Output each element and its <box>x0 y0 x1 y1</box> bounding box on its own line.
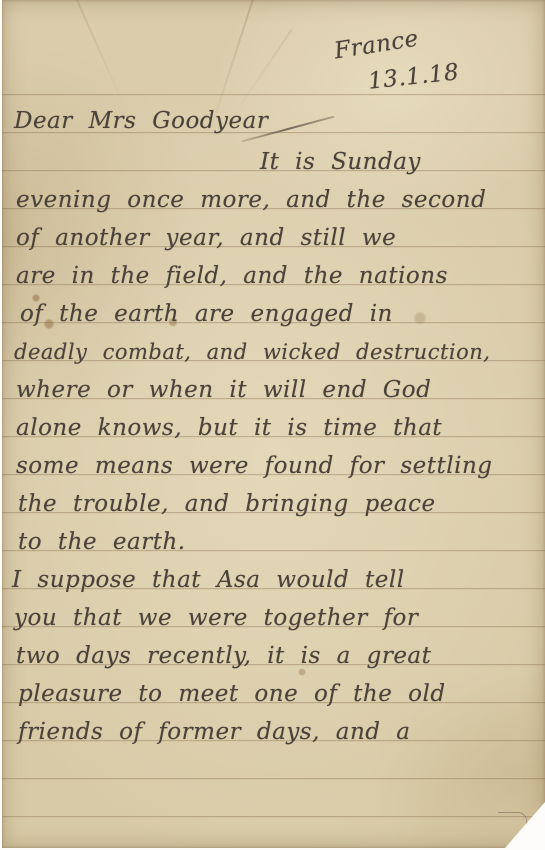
letter-line: where or when it will end God <box>16 373 431 407</box>
letter-line: you that we were together for <box>14 601 418 635</box>
letter-line: some means were found for settling <box>16 449 493 483</box>
salutation: Dear Mrs Goodyear <box>14 104 268 138</box>
pencil-mark <box>498 812 527 833</box>
letter-line: the trouble, and bringing peace <box>18 487 436 521</box>
letter-line: friends of former days, and a <box>18 715 411 749</box>
scanned-letter: France 13.1.18 Dear Mrs Goodyear It is S… <box>0 0 545 850</box>
heading-date: 13.1.18 <box>366 55 460 98</box>
letter-line: I suppose that Asa would tell <box>12 563 405 597</box>
letter-line: to the earth. <box>18 525 186 559</box>
letter-line: alone knows, but it is time that <box>16 411 442 445</box>
letter-line: are in the field, and the nations <box>16 259 448 293</box>
letter-line: pleasure to meet one of the old <box>18 677 446 711</box>
letter-line: It is Sunday <box>260 145 421 179</box>
paper-crease <box>76 0 127 109</box>
letter-line: of another year, and still we <box>16 221 396 255</box>
letter-paper: France 13.1.18 Dear Mrs Goodyear It is S… <box>2 0 545 848</box>
letter-line: deadly combat, and wicked destruction, <box>14 335 490 369</box>
letter-line: evening once more, and the second <box>16 183 486 217</box>
letter-line: two days recently, it is a great <box>16 639 431 673</box>
letter-line: of the earth are engaged in <box>20 297 393 331</box>
